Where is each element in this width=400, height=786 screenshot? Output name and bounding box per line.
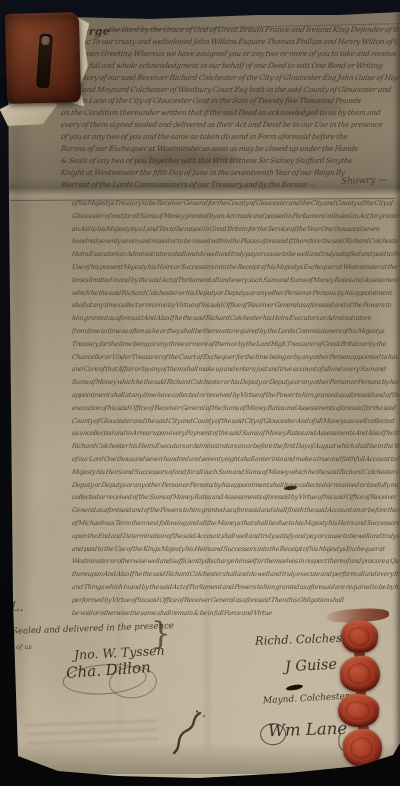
bond-condition-paragraph: of his Majestys Treasury to be Receiver … (71, 197, 398, 619)
manuscript-line: of you or any two of you and the same so… (60, 131, 400, 143)
manuscript-line: hundred seventy seven and raised or to b… (71, 235, 400, 248)
manuscript-line: of Michaelmas Term then next following a… (71, 517, 400, 530)
manuscript-line: execution of his said Office of Receiver… (71, 402, 400, 415)
signature-william-lane: Wm Lane (268, 719, 348, 741)
manuscript-line: Gloucester of and for all Sums of Money … (71, 210, 400, 223)
attestation-clause-continuation: of us (16, 643, 32, 651)
margin-mark: L. (11, 600, 24, 615)
manuscript-line: upon the End and Determination of the sa… (71, 530, 400, 543)
manuscript-line: Sums of Money which he the said Richard … (71, 376, 400, 389)
manuscript-line: of them full and whole acknowledgment in… (60, 60, 400, 72)
manuscript-line: Barons of our Exchequer at Westminster a… (60, 143, 400, 155)
wax-seal (339, 655, 381, 694)
signature-maynard-colchester: Maynd. Colchester (263, 692, 350, 706)
manuscript-line: performed by Virtue of his said Office o… (71, 594, 400, 607)
manuscript-line: Gentlemen Greeting Whereas we have assig… (60, 48, 400, 60)
manuscript-line: General as aforesaid and of the Powers t… (71, 504, 400, 517)
manuscript-line: from time to time as often as he or they… (71, 325, 400, 338)
manuscript-line: the third by the Grace of God of Great B… (60, 24, 400, 36)
manuscript-line: collected or received of the Sums of Mon… (71, 491, 400, 504)
manuscript-line: Deputy or Deputys or any other Person or… (71, 479, 400, 492)
manuscript-line: appointment shall at any time have colle… (71, 389, 400, 402)
manuscript-line: Chancellor or Under Treasurer of the Cou… (71, 351, 400, 364)
manuscript-line: William Lane of the City of Gloucester G… (60, 95, 400, 107)
manuscript-line: as uncollected and in Arrear upon every … (71, 427, 400, 440)
manuscript-line: and Care of that Affair or by any of the… (71, 363, 400, 376)
manuscript-line: Obligatory of our said Receiver Richard … (60, 72, 400, 84)
pen-flourish (170, 710, 208, 756)
manuscript-line: thereupon And Also If he the said Richar… (71, 568, 400, 581)
manuscript-line: which he the said Richard Colchester or … (71, 287, 400, 300)
photograph-of-parchment-deed: George the third by the Grace of God of … (0, 0, 400, 786)
manuscript-line: Westminster or otherwise well and suffic… (71, 555, 400, 568)
manuscript-line: Court and Maynard Colchester of Westbury… (60, 84, 400, 96)
manuscript-line: on the Condition thereunder written that… (60, 107, 400, 119)
manuscript-line: Treasury for the time being or any three… (71, 338, 400, 351)
manuscript-line: times limitted in and by the said Act of… (71, 274, 400, 287)
manuscript-line: and paid to the Use of the Kings Majesty… (71, 543, 400, 556)
manuscript-line: him granted as aforesaid And Also If he … (71, 312, 400, 325)
parchment-sheet: George the third by the Grace of God of … (0, 0, 400, 786)
manuscript-line: and Things which in and by the said Act … (71, 581, 400, 594)
wax-seal (337, 693, 380, 728)
manuscript-line: of his Majestys Treasury to be Receiver … (71, 197, 400, 210)
manuscript-line: every of them signed sealed and delivere… (60, 119, 400, 131)
ink-blot (286, 684, 304, 692)
manuscript-line: Richard Colchester his Heirs Executors o… (71, 440, 400, 453)
signature-john-guise: J Guise (285, 657, 338, 676)
manuscript-line: of our Lord One thousand seven hundred a… (71, 453, 400, 466)
wax-seal (339, 618, 379, 655)
manuscript-line: an Aid to his Majesty by a Land Tax to b… (71, 223, 400, 236)
manuscript-line: Majesty his Heirs and Successors of and … (71, 466, 400, 479)
manuscript-line: County of Gloucester and the said City a… (71, 415, 400, 428)
manuscript-line: shall at any time collect or receive by … (71, 299, 400, 312)
manuscript-line: Heirs Executors or Administrators shall … (71, 248, 400, 261)
manuscript-line: Use of his present Majesty his Heirs or … (71, 261, 400, 274)
manuscript-line: & Seals of any two of you Together with … (60, 155, 400, 167)
manuscript-line: Faith &c To our trusty and welbeloved Jo… (60, 36, 400, 48)
clerk-signature: Showry — (341, 175, 388, 187)
writ-paragraph: the third by the Grace of God of Great B… (60, 24, 398, 191)
